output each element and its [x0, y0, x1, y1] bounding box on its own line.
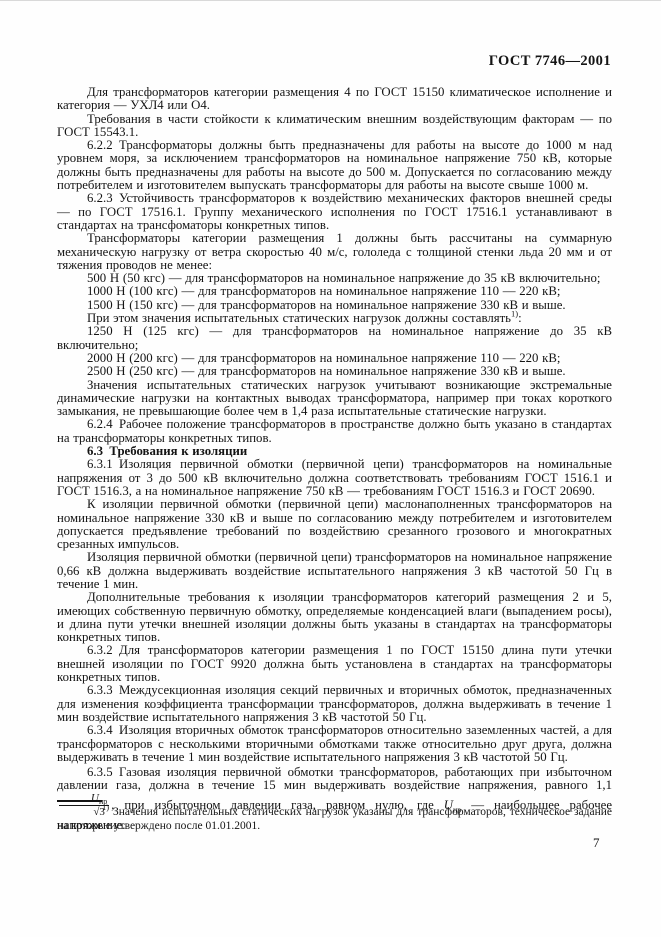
load-spec-item: 2500 Н (250 кгс) — для трансформаторов н… [57, 365, 612, 378]
paragraph-text: При этом значения испытательных статичес… [87, 311, 511, 325]
load-spec-item: 2000 Н (200 кгс) — для трансформаторов н… [57, 352, 612, 365]
clause-6-3-4: 6.3.4 Изоляция вторичных обмоток трансфо… [57, 724, 612, 764]
clause-6-2-2: 6.2.2 Трансформаторы должны быть предназ… [57, 139, 612, 192]
paragraph: Требования в части стойкости к климатиче… [57, 113, 612, 140]
document-page: ГОСТ 7746—2001 Для трансформаторов катег… [0, 0, 661, 937]
clause-6-3-1: 6.3.1 Изоляция первичной обмотки (первич… [57, 458, 612, 498]
paragraph: Трансформаторы категории размещения 1 до… [57, 232, 612, 272]
page-body: Для трансформаторов категории размещения… [57, 86, 612, 832]
paragraph: Для трансформаторов категории размещения… [57, 86, 612, 113]
footnote-rule [57, 800, 102, 802]
paragraph: К изоляции первичной обмотки (первичной … [57, 498, 612, 551]
clause-6-2-3: 6.2.3 Устойчивость трансформаторов к воз… [57, 192, 612, 232]
page-number: 7 [593, 835, 600, 851]
paragraph-text: 6.3.5 Газовая изоляция первичной обмотки… [57, 765, 612, 792]
paragraph-with-footnote-ref: При этом значения испытательных статичес… [57, 312, 612, 325]
clause-6-3-2: 6.3.2 Для трансформаторов категории разм… [57, 644, 612, 684]
load-spec-item: 1000 Н (100 кгс) — для трансформаторов н… [57, 285, 612, 298]
paragraph: Значения испытательных статических нагру… [57, 379, 612, 419]
footnote: 1) Значения испытательных статических на… [57, 800, 612, 833]
load-spec-item: 500 Н (50 кгс) — для трансформаторов на … [57, 272, 612, 285]
paragraph-text: : [518, 311, 522, 325]
paragraph: Дополнительные требования к изоляции тра… [57, 591, 612, 644]
paragraph: Изоляция первичной обмотки (первичной це… [57, 551, 612, 591]
footnote-text: 1) Значения испытательных статических на… [57, 806, 612, 833]
clause-6-2-4: 6.2.4 Рабочее положение трансформаторов … [57, 418, 612, 445]
load-spec-item: 1250 Н (125 кгс) — для трансформаторов н… [57, 325, 612, 352]
running-header: ГОСТ 7746—2001 [0, 53, 611, 70]
clause-6-3-3: 6.3.3 Междусекционная изоляция секций пе… [57, 684, 612, 724]
section-heading-6-3: 6.3 Требования к изоляции [57, 445, 612, 458]
